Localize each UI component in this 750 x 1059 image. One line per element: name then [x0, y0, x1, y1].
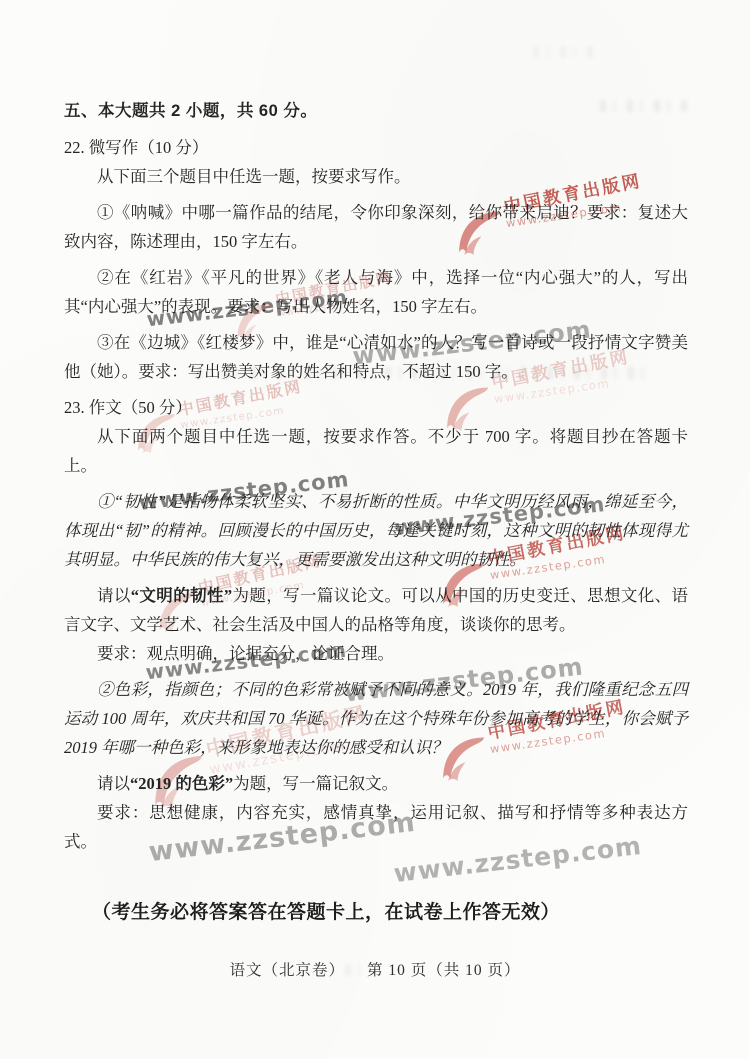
q23-option2-material: ②色彩，指颜色；不同的色彩常被赋予不同的意义。2019 年，我们隆重纪念五四运动… [64, 675, 688, 762]
bleed-through-smudge [533, 46, 593, 58]
q23-option2-task: 请以“2019 的色彩”为题，写一篇记叙文。 [64, 769, 688, 798]
answer-sheet-notice: （考生务必将答案答在答题卡上，在试卷上作答无效） [14, 898, 638, 927]
q22-intro: 从下面三个题目中任选一题，按要求写作。 [64, 162, 688, 191]
q23-option1-material: ①“韧性”是指物体柔软坚实、不易折断的性质。中华文明历经风雨，绵延至今，体现出“… [64, 487, 688, 574]
q22-option-3: ③在《边城》《红楼梦》中，谁是“心清如水”的人？写一首诗或一段抒情文字赞美他（她… [64, 328, 688, 386]
q22-option-2: ②在《红岩》《平凡的世界》《老人与海》中，选择一位“内心强大”的人，写出其“内心… [64, 263, 688, 321]
exam-body: 五、本大题共 2 小题，共 60 分。22. 微写作（10 分）从下面三个题目中… [64, 97, 688, 927]
q22-heading: 22. 微写作（10 分） [64, 133, 688, 162]
q23-option2-req: 要求：思想健康，内容充实，感情真挚，运用记叙、描写和抒情等多种表达方式。 [64, 798, 688, 856]
page-footer: 语文（北京卷）第 10 页（共 10 页） [0, 958, 750, 980]
footer-subject: 语文（北京卷） [229, 962, 345, 979]
q23-option1-task: 请以“文明的韧性”为题，写一篇议论文。可以从中国的历史变迁、思想文化、语言文字、… [64, 581, 688, 639]
q23-intro: 从下面两个题目中任选一题，按要求作答。不少于 700 字。将题目抄在答题卡上。 [64, 422, 688, 480]
q23-heading: 23. 作文（50 分） [64, 393, 688, 422]
q22-option-1: ①《呐喊》中哪一篇作品的结尾，令你印象深刻，给你带来启迪？要求：复述大致内容，陈… [64, 198, 688, 256]
footer-page-number: 第 10 页（共 10 页） [367, 962, 521, 979]
exam-paper-page: www.zzstep.com www.zzstep.com www.zzstep… [0, 0, 750, 1059]
section5-heading: 五、本大题共 2 小题，共 60 分。 [64, 97, 688, 126]
q23-option1-req: 要求：观点明确，论据充分，论证合理。 [64, 639, 688, 668]
